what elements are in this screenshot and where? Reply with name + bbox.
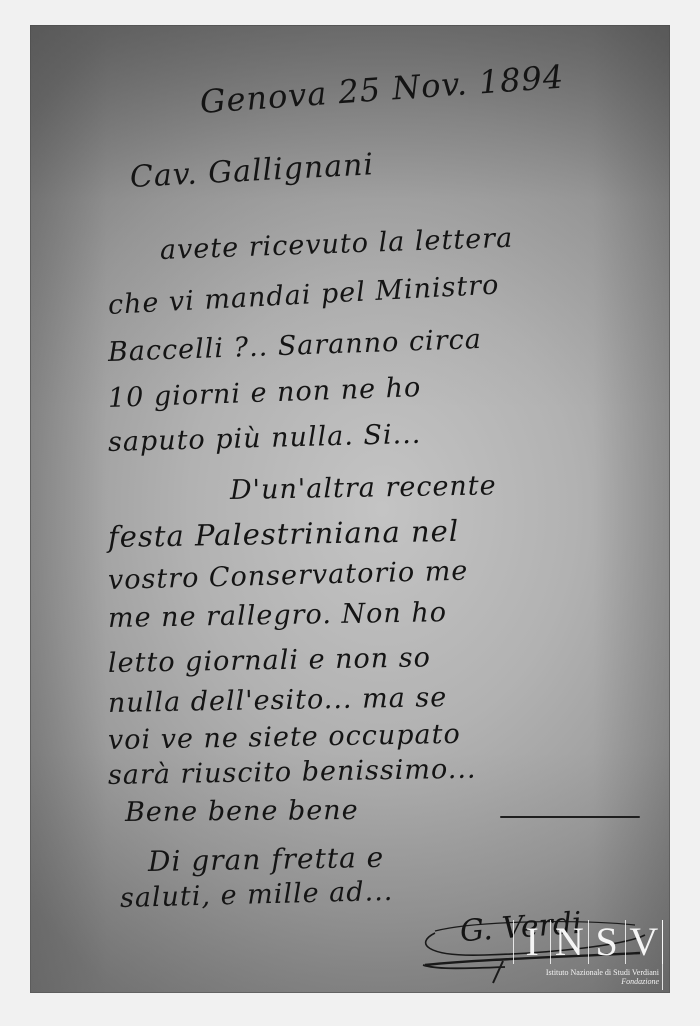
letter-paper: Genova 25 Nov. 1894 Cav. Gallignani avet…: [30, 25, 670, 993]
letter-line: Baccelli ?.. Saranno circa: [107, 324, 482, 368]
watermark-letter: S: [589, 920, 626, 964]
letter-line: letto giornali e non so: [108, 642, 431, 679]
letter-line: sarà riuscito benissimo...: [108, 754, 477, 791]
letter-line: 10 giorni e non ne ho: [107, 372, 421, 414]
watermark-divider: [662, 920, 663, 990]
letter-line: nulla dell'esito... ma se: [108, 682, 448, 719]
page: Genova 25 Nov. 1894 Cav. Gallignani avet…: [0, 0, 700, 1026]
salutation: Cav. Gallignani: [129, 147, 375, 195]
watermark-letter: I: [514, 920, 551, 964]
place-date: Genova 25 Nov. 1894: [199, 58, 566, 121]
letter-line: voi ve ne siete occupato: [108, 719, 461, 756]
watermark-logo: I N S V: [513, 920, 663, 964]
letter-line: D'un'altra recente: [230, 470, 497, 506]
pen-dash-stroke: [500, 816, 640, 818]
watermark-letter: V: [626, 920, 663, 964]
letter-line: vostro Conservatorio me: [108, 556, 469, 596]
watermark-institution: Istituto Nazionale di Studi Verdiani: [513, 968, 663, 977]
letter-line: me ne rallegro. Non ho: [108, 597, 447, 634]
letter-line: festa Palestriniana nel: [108, 514, 460, 554]
watermark-subtitle: Fondazione: [513, 977, 663, 986]
letter-line: saputo più nulla. Si...: [108, 419, 422, 458]
letter-line: Bene bene bene: [125, 795, 359, 828]
letter-line: che vi mandai pel Ministro: [107, 270, 500, 321]
watermark-letter: N: [551, 920, 588, 964]
insv-watermark: I N S V Istituto Nazionale di Studi Verd…: [513, 920, 663, 990]
letter-line: avete ricevuto la lettera: [159, 223, 513, 266]
closing-line: Di gran fretta e: [148, 841, 385, 878]
closing-line: saluti, e mille ad...: [120, 876, 394, 914]
